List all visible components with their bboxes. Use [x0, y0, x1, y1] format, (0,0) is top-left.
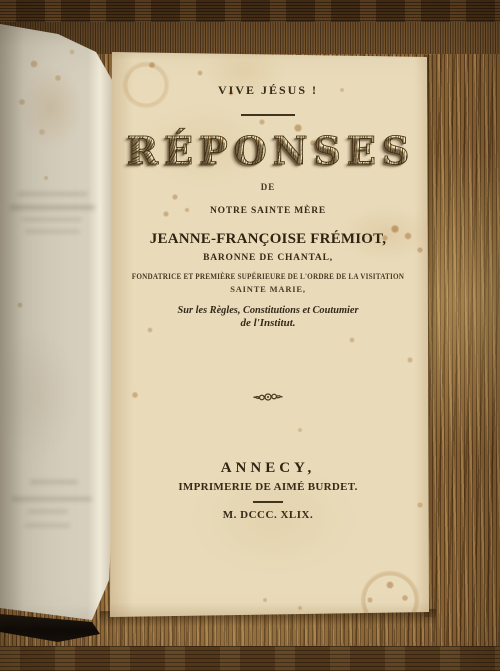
show-through-smudge: [10, 205, 95, 210]
author-title: BARONNE DE CHANTAL,: [110, 253, 426, 264]
subject-line-2: de l'Institut.: [110, 317, 426, 330]
role-line-2: SAINTE MARIE,: [110, 285, 426, 294]
imprint-year: M. DCCC. XLIX.: [110, 509, 426, 522]
connector-de: DE: [110, 182, 426, 192]
show-through-smudge: [25, 230, 80, 233]
fleuron-ornament-icon: [110, 390, 426, 404]
imprint-rule: [253, 501, 283, 503]
subject-line-1: Sur les Règles, Constitutions et Coutumi…: [119, 304, 416, 317]
book-photo: VIVE JÉSUS ! RÉPONSES DE NOTRE SAINTE MÈ…: [0, 0, 500, 671]
title-page-text: VIVE JÉSUS ! RÉPONSES DE NOTRE SAINTE MÈ…: [110, 44, 426, 622]
title-rule: [241, 114, 295, 116]
show-through-smudge: [30, 480, 78, 484]
main-title-text: RÉPONSES: [121, 128, 416, 173]
main-title: RÉPONSES: [110, 128, 426, 183]
show-through-smudge: [12, 497, 92, 501]
author-name: JEANNE-FRANÇOISE FRÉMIOT,: [110, 230, 426, 248]
motto-line: VIVE JÉSUS !: [110, 83, 426, 97]
flyleaf-page: [0, 0, 122, 645]
mother-line: NOTRE SAINTE MÈRE: [110, 205, 426, 217]
role-line-1: FONDATRICE ET PREMIÈRE SUPÉRIEURE DE L'O…: [126, 272, 410, 281]
show-through-smudge: [18, 192, 88, 196]
imprint-printer: IMPRIMERIE DE AIMÉ BURDET.: [110, 481, 426, 493]
show-through-smudge: [28, 510, 68, 513]
imprint-city: ANNECY,: [110, 460, 426, 477]
show-through-smudge: [22, 218, 82, 221]
title-page: VIVE JÉSUS ! RÉPONSES DE NOTRE SAINTE MÈ…: [104, 44, 436, 622]
wood-table-top-edge: [0, 0, 500, 24]
wood-table-bottom-edge: [0, 646, 500, 671]
show-through-smudge: [25, 524, 70, 527]
